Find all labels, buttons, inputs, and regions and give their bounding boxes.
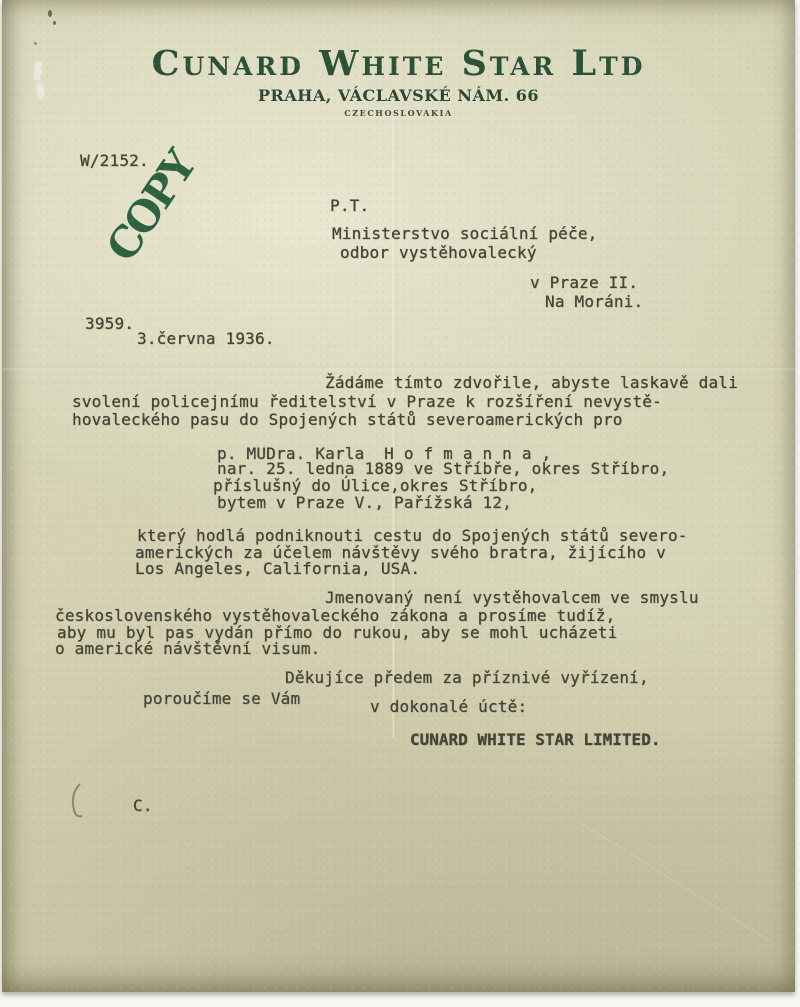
recipient-dept: odbor vystěhovalecký <box>340 244 537 262</box>
recipient-place: v Praze II. <box>530 274 638 292</box>
reference-number: W/2152. <box>80 152 149 170</box>
recipient-salutation: P.T. <box>330 197 369 215</box>
body-line: bytem v Praze V., Pařížská 12, <box>217 494 512 512</box>
body-line: o americké návštěvní visum. <box>55 640 321 658</box>
body-line: Jmenovaný není vystěhovalcem ve smyslu <box>325 589 699 607</box>
recipient-org: Ministerstvo sociální péče, <box>332 225 598 243</box>
body-line: Los Angeles, California, USA. <box>135 560 420 578</box>
horizontal-fold <box>2 366 795 370</box>
ink-speck <box>48 10 52 17</box>
body-line: který hodlá podniknouti cestu do Spojený… <box>137 527 688 545</box>
body-line: poroučíme se Vám <box>143 690 300 708</box>
ink-speck <box>34 42 37 45</box>
body-line: v dokonalé úctě: <box>370 698 527 716</box>
body-line: příslušný do Úlice,okres Stříbro, <box>213 477 537 495</box>
body-line: československého vystěhovaleckého zákona… <box>55 607 615 625</box>
scanned-letter: Cunard White Star Ltd PRAHA, VÁCLAVSKÉ N… <box>0 0 800 1007</box>
body-line: svolení policejnímu ředitelství v Praze … <box>72 393 662 411</box>
letterhead-country: CZECHOSLOVAKIA <box>2 109 795 117</box>
body-line: Žádáme tímto zdvořile, abyste laskavě da… <box>325 374 738 392</box>
pen-stroke <box>66 782 96 824</box>
letterhead-company: Cunard White Star Ltd <box>2 46 795 81</box>
date-line: 3.června 1936. <box>137 330 275 348</box>
paper-sheet: Cunard White Star Ltd PRAHA, VÁCLAVSKÉ N… <box>2 0 795 992</box>
file-number: 3959. <box>85 315 134 333</box>
letterhead-address: PRAHA, VÁCLAVSKÉ NÁM. 66 <box>2 88 795 104</box>
body-line: Děkujíce předem za příznivé vyřízení, <box>285 669 649 687</box>
body-line: hovaleckého pasu do Spojených států seve… <box>72 411 623 429</box>
footer-mark: C. <box>133 797 153 815</box>
body-line: nar. 25. ledna 1889 ve Stříbře, okres St… <box>217 460 669 478</box>
signature-company: CUNARD WHITE STAR LIMITED. <box>410 731 660 749</box>
recipient-street: Na Moráni. <box>545 293 643 311</box>
ink-speck <box>53 21 56 25</box>
diagonal-crease <box>579 819 776 943</box>
